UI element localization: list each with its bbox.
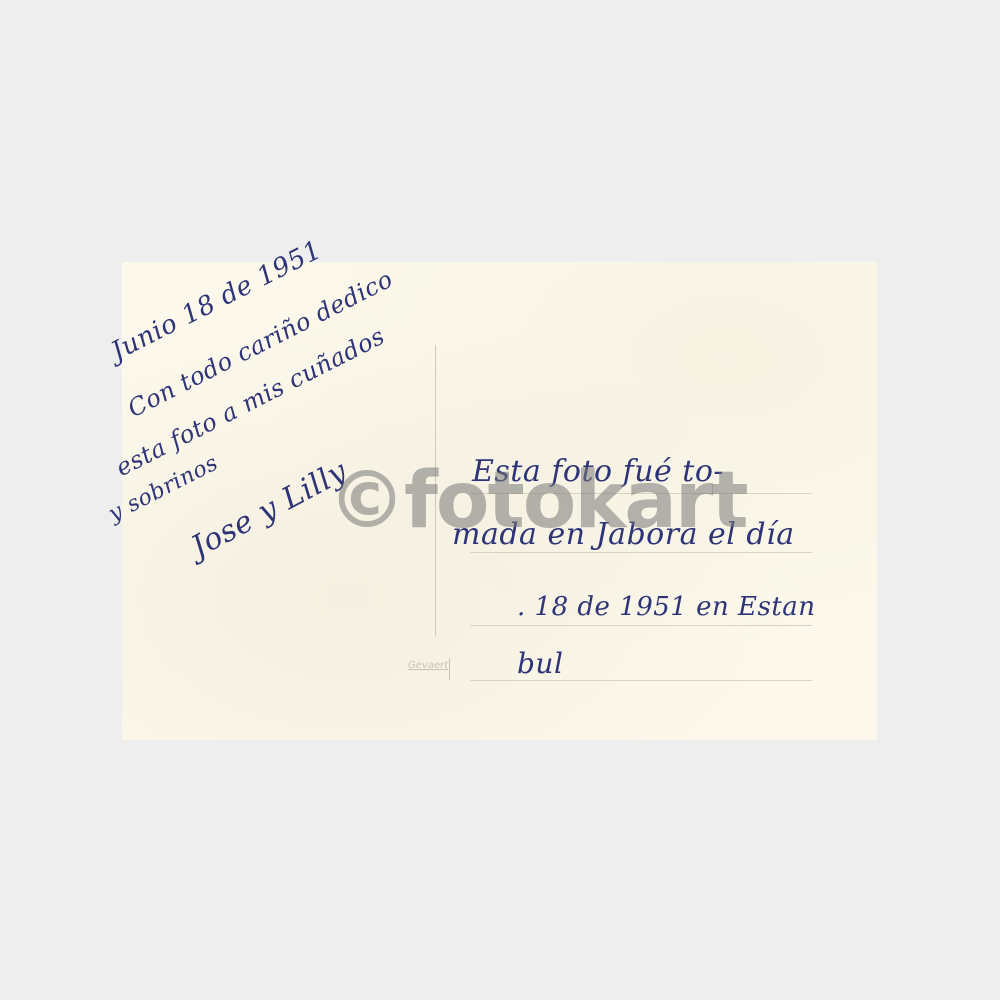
address-line (470, 552, 812, 553)
watermark: ©fotokart (328, 462, 747, 540)
handwritten-note-line: bul (517, 647, 563, 680)
publisher-mark-bar (449, 658, 450, 680)
publisher-mark: Gevaert (408, 660, 448, 671)
address-line (470, 625, 812, 626)
handwritten-date: Junio 18 de 1951 (106, 235, 326, 367)
handwritten-note-line: . 18 de 1951 en Estan (517, 592, 816, 622)
address-line (470, 680, 812, 681)
